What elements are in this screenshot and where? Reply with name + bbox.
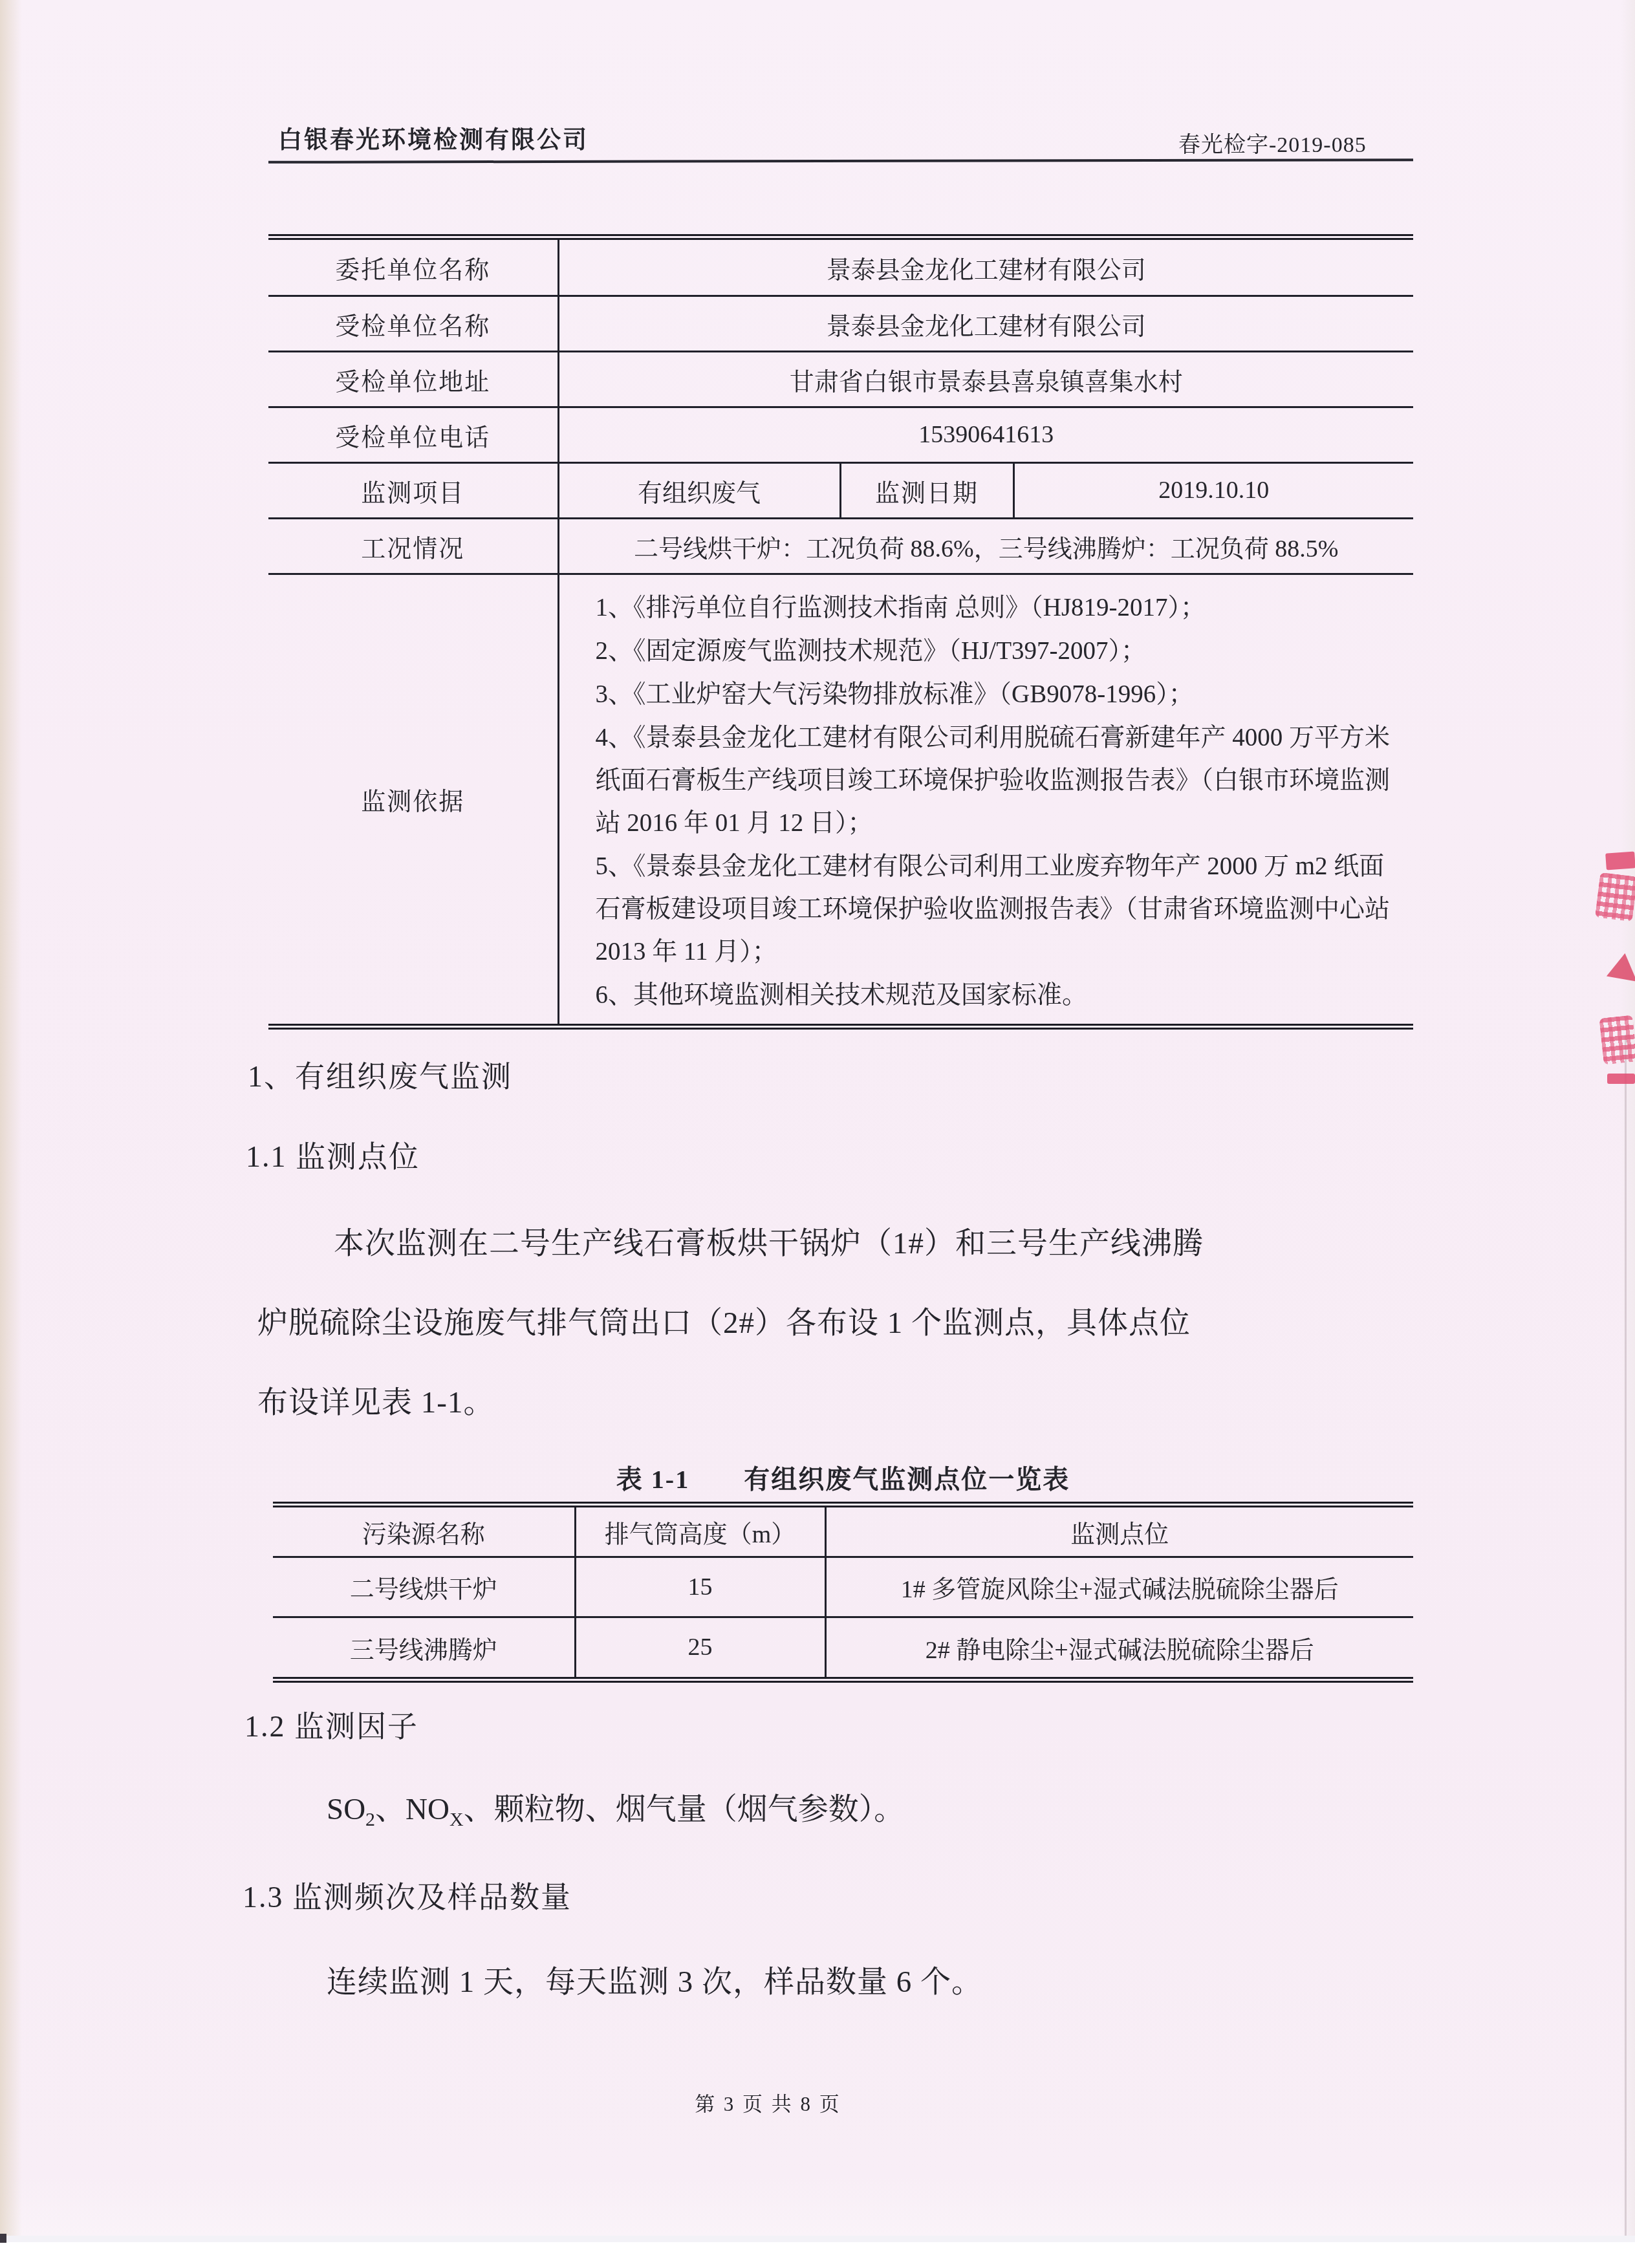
section-heading-1: 1、有组织废气监测 [248, 1053, 512, 1096]
frequency-text: 连续监测 1 天，每天监测 3 次，样品数量 6 个。 [327, 1958, 982, 2001]
info-table: 委托单位名称 景泰县金龙化工建材有限公司 受检单位名称 景泰县金龙化工建材有限公… [268, 234, 1413, 1030]
basis-item: 3、《工业炉窑大气污染物排放标准》（GB9078-1996）； [596, 673, 1397, 716]
scan-right-edge [1621, 0, 1635, 2268]
table-1-1-grid: 污染源名称 排气筒高度（m） 监测点位 二号线烘干炉 15 1# 多管旋风除尘+… [273, 1507, 1413, 1677]
table-row: 受检单位名称 景泰县金龙化工建材有限公司 [268, 296, 1413, 351]
basis-item: 1、《排污单位自行监测技术指南 总则》（HJ819-2017）； [596, 587, 1397, 629]
basis-item: 6、其他环境监测相关技术规范及国家标准。 [596, 974, 1397, 1017]
date-value: 2019.10.10 [1013, 462, 1413, 518]
table-row-condition: 工况情况 二号线烘干炉：工况负荷 88.6%，三号线沸腾炉：工况负荷 88.5% [268, 518, 1413, 574]
monitoring-factors: SO2、NOX、颗粒物、烟气量（烟气参数）。 [327, 1785, 904, 1831]
page-number: 第 3 页 共 8 页 [0, 2088, 1536, 2117]
height-cell: 15 [575, 1557, 825, 1617]
factor-subscript: 2 [365, 1809, 375, 1830]
row-label: 受检单位地址 [268, 351, 558, 407]
scan-left-edge [0, 0, 22, 2268]
table-1-1-caption: 表 1-1 有组织废气监测点位一览表 [273, 1459, 1413, 1496]
row-label: 工况情况 [268, 518, 558, 574]
row-label: 监测项目 [268, 462, 558, 518]
info-table-grid: 委托单位名称 景泰县金龙化工建材有限公司 受检单位名称 景泰县金龙化工建材有限公… [268, 240, 1413, 1024]
column-header: 监测点位 [825, 1507, 1413, 1557]
basis-item: 5、《景泰县金龙化工建材有限公司利用工业废弃物年产 2000 万 m2 纸面石膏… [596, 845, 1397, 973]
caption-label: 表 1-1 [616, 1459, 689, 1496]
factor-text: 、NO [375, 1793, 449, 1826]
section-heading-1-1: 1.1 监测点位 [246, 1133, 420, 1176]
row-label: 委托单位名称 [268, 240, 558, 296]
table-row-project: 监测项目 有组织废气 监测日期 2019.10.10 [268, 462, 1413, 518]
table-header-row: 污染源名称 排气筒高度（m） 监测点位 [273, 1507, 1413, 1557]
source-cell: 二号线烘干炉 [273, 1557, 575, 1617]
header-rule [268, 158, 1413, 164]
basis-list: 1、《排污单位自行监测技术指南 总则》（HJ819-2017）； 2、《固定源废… [558, 574, 1413, 1024]
section-heading-1-2: 1.2 监测因子 [244, 1703, 418, 1745]
scan-edge-line [1625, 1035, 1627, 2244]
table-row: 三号线沸腾炉 25 2# 静电除尘+湿式碱法脱硫除尘器后 [273, 1617, 1413, 1677]
table-bottom-double-line [273, 1677, 1413, 1683]
factor-text: SO [327, 1793, 365, 1826]
column-header: 排气筒高度（m） [575, 1507, 825, 1557]
factor-subscript: X [449, 1809, 464, 1830]
condition-value: 二号线烘干炉：工况负荷 88.6%，三号线沸腾炉：工况负荷 88.5% [558, 518, 1413, 574]
project-value: 有组织废气 [558, 462, 840, 518]
paragraph-line: 布设详见表 1-1。 [257, 1378, 494, 1421]
paragraph-line: 本次监测在二号生产线石膏板烘干锅炉（1#）和三号生产线沸腾 [257, 1219, 1204, 1262]
scan-bottom-fade [0, 2236, 1635, 2242]
row-label: 受检单位电话 [268, 407, 558, 462]
factor-text: 、颗粒物、烟气量（烟气参数）。 [464, 1793, 905, 1826]
row-value: 景泰县金龙化工建材有限公司 [558, 296, 1413, 351]
point-cell: 2# 静电除尘+湿式碱法脱硫除尘器后 [825, 1617, 1413, 1677]
report-number: 春光检字-2019-085 [1178, 127, 1367, 158]
table-row-basis: 监测依据 1、《排污单位自行监测技术指南 总则》（HJ819-2017）； 2、… [268, 574, 1413, 1024]
row-label: 受检单位名称 [268, 296, 558, 351]
table-row: 受检单位电话 15390641613 [268, 407, 1413, 462]
paragraph-line: 炉脱硫除尘设施废气排气筒出口（2#）各布设 1 个监测点，具体点位 [257, 1299, 1191, 1342]
table-bottom-double-line [268, 1024, 1413, 1030]
table-row: 二号线烘干炉 15 1# 多管旋风除尘+湿式碱法脱硫除尘器后 [273, 1557, 1413, 1617]
caption-title: 有组织废气监测点位一览表 [744, 1459, 1070, 1496]
table-top-double-line [268, 234, 1413, 240]
row-value: 15390641613 [558, 407, 1413, 462]
source-cell: 三号线沸腾炉 [273, 1617, 575, 1677]
table-row: 受检单位地址 甘肃省白银市景泰县喜泉镇喜集水村 [268, 351, 1413, 407]
row-value: 甘肃省白银市景泰县喜泉镇喜集水村 [558, 351, 1413, 407]
basis-item: 2、《固定源废气监测技术规范》（HJ/T397-2007）； [596, 630, 1397, 673]
scan-corner-mark [0, 2234, 6, 2243]
table-1-1: 污染源名称 排气筒高度（m） 监测点位 二号线烘干炉 15 1# 多管旋风除尘+… [273, 1502, 1413, 1683]
scanned-report-page: 白银春光环境检测有限公司 春光检字-2019-085 委托单位名称 景泰县金龙化… [0, 0, 1635, 2268]
section-heading-1-3: 1.3 监测频次及样品数量 [243, 1874, 572, 1916]
row-value: 景泰县金龙化工建材有限公司 [558, 240, 1413, 296]
company-name: 白银春光环境检测有限公司 [278, 120, 589, 155]
date-label: 监测日期 [840, 462, 1013, 518]
table-row: 委托单位名称 景泰县金龙化工建材有限公司 [268, 240, 1413, 296]
table-top-double-line [273, 1502, 1413, 1507]
basis-item: 4、《景泰县金龙化工建材有限公司利用脱硫石膏新建年产 4000 万平方米纸面石膏… [596, 717, 1397, 845]
column-header: 污染源名称 [273, 1507, 575, 1557]
height-cell: 25 [575, 1617, 825, 1677]
row-label: 监测依据 [268, 574, 558, 1024]
point-cell: 1# 多管旋风除尘+湿式碱法脱硫除尘器后 [825, 1557, 1413, 1617]
scan-bottom-edge [0, 2242, 1635, 2268]
